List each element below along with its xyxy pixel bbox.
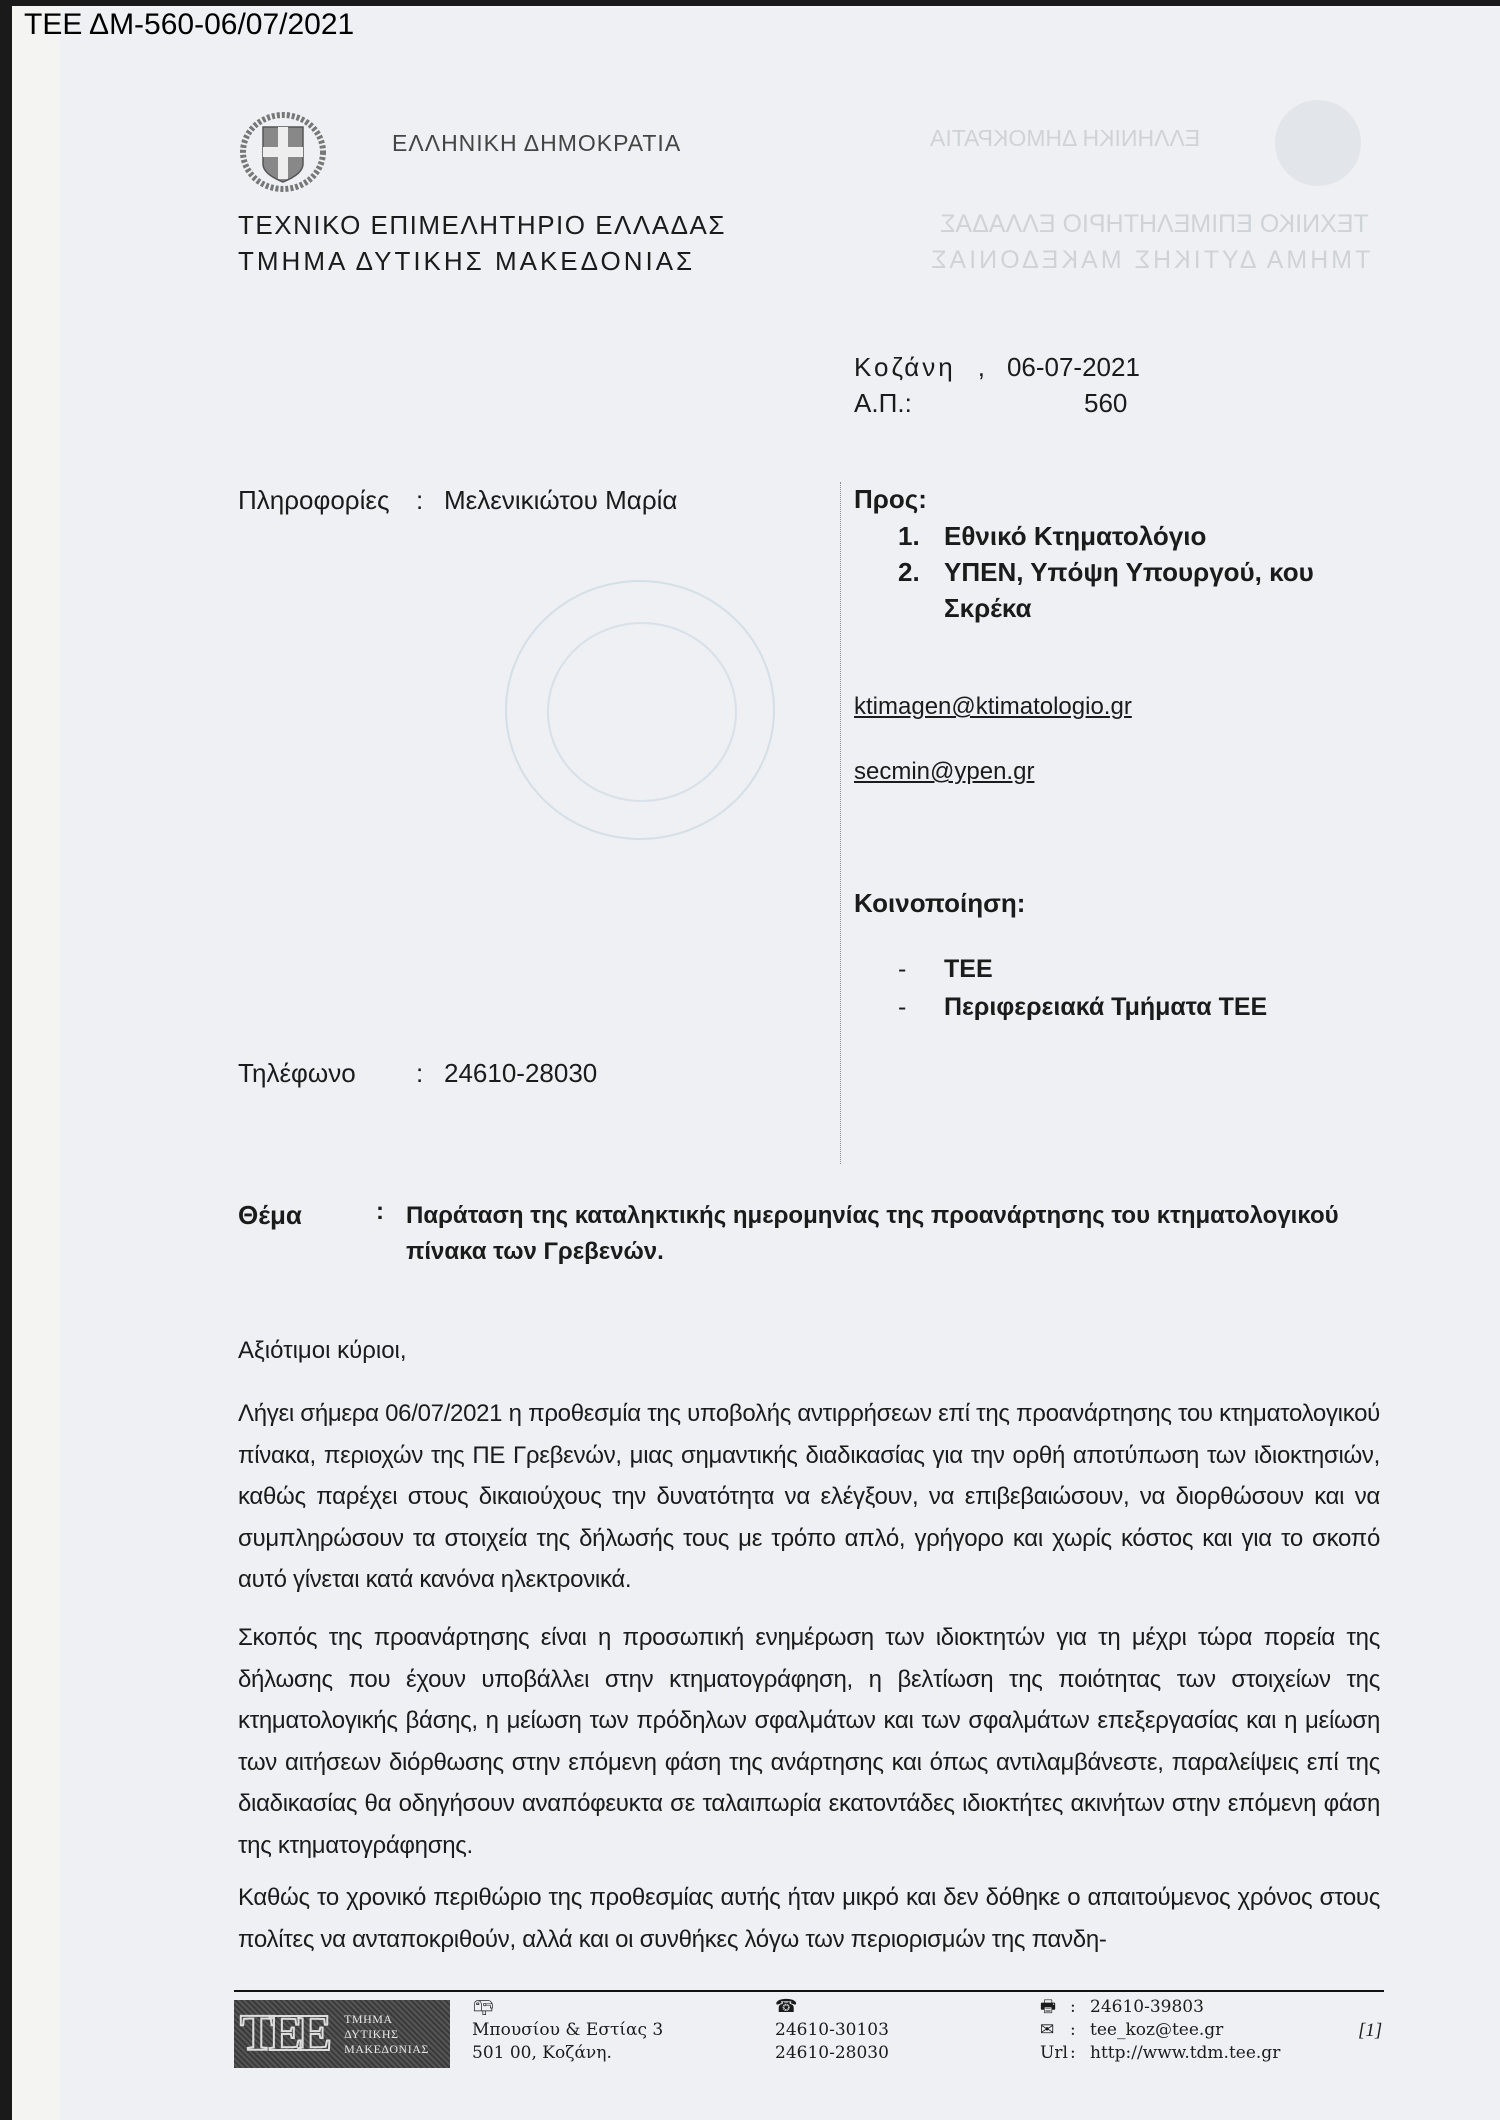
tee-logo-line: ΔΥΤΙΚΗΣ [344,2027,429,2042]
cc-title: Κοινοποίηση: [854,888,1025,919]
cc-name: ΤΕΕ [944,950,993,988]
header-republic: ΕΛΛΗΝΙΚΗ ΔΗΜΟΚΡΑΤΙΑ [392,130,681,157]
tee-logo-mark: ΤΕΕ [240,2008,326,2060]
email-row: ✉︎ : tee_koz@tee.gr [1040,2019,1280,2042]
separator: : [1070,2019,1090,2042]
tee-logo-line: ΜΑΚΕΔΟΝΙΑΣ [344,2042,429,2057]
recipient-email-link[interactable]: secmin@ypen.gr [854,758,1034,786]
address-line: Μπουσίου & Εστίας 3 [472,2019,663,2042]
recipient-number: 2. [898,554,944,626]
url-row: Url : http://www.tdm.tee.gr [1040,2042,1280,2065]
phone-value: 24610-28030 [444,1058,597,1088]
protocol-number: 560 [1084,388,1127,419]
separator: : [1070,2042,1090,2065]
document-reference: ΤΕΕ ΔΜ-560-06/07/2021 [24,8,354,42]
info-value: Μελενικιώτου Μαρία [444,485,677,515]
info-label: Πληροφορίες [238,485,416,516]
footer-phones: ☎ 24610-30103 24610-28030 [775,1996,889,2065]
footer-email-link[interactable]: tee_koz@tee.gr [1090,2019,1223,2042]
subject-label: Θέμα [238,1200,302,1231]
place-comma: , [978,352,985,382]
cc-dash: - [898,988,944,1026]
recipients-list: 1. Εθνικό Κτηματολόγιο 2. ΥΠΕΝ, Υπόψη Υπ… [898,518,1368,626]
header-department: ΤΜΗΜΑ ΔΥΤΙΚΗΣ ΜΑΚΕΔΟΝΙΑΣ [238,246,695,277]
ghost-republic: ΕΛΛΗΝΙΚΗ ΔΗΜΟΚΡΑΤΙΑ [930,125,1200,152]
envelope-icon: ✉︎ [1040,2019,1070,2042]
phone-colon: : [416,1058,444,1089]
header-organization: ΤΕΧΝΙΚΟ ΕΠΙΜΕΛΗΤΗΡΙΟ ΕΛΛΑΔΑΣ [238,210,726,241]
fax-number: 24610-39803 [1090,1996,1204,2019]
cc-item: - Περιφερειακά Τμήματα ΤΕΕ [898,988,1267,1026]
place: Κοζάνη [854,352,956,382]
mailbox-icon: 📪︎ [472,1998,495,2016]
protocol-number-row: Α.Π.: 560 [854,388,912,419]
recipient-item: 2. ΥΠΕΝ, Υπόψη Υπουργού, κου Σκρέκα [898,554,1368,626]
cc-list: - ΤΕΕ - Περιφερειακά Τμήματα ΤΕΕ [898,950,1267,1026]
footer-address: 📪︎ Μπουσίου & Εστίας 3 501 00, Κοζάνη. [472,1996,663,2065]
ghost-org-line2: ΤΜΗΜΑ ΔΥΤΙΚΗΣ ΜΑΚΕΔΟΝΙΑΣ [928,246,1370,275]
body-paragraph: Σκοπός της προανάρτησης είναι η προσωπικ… [238,1617,1380,1866]
protocol-label: Α.Π.: [854,388,912,418]
cc-name: Περιφερειακά Τμήματα ΤΕΕ [944,988,1267,1026]
subject-colon: : [376,1198,384,1226]
phone-contact-row: Τηλέφωνο:24610-28030 [238,1058,597,1089]
place-date: Κοζάνη,06-07-2021 [854,352,1140,383]
recipient-name: Εθνικό Κτηματολόγιο [944,518,1206,554]
fax-icon: 🖶︎ [1040,1996,1070,2019]
phone-label: Τηλέφωνο [238,1058,416,1089]
vertical-divider [840,482,841,1164]
separator: : [1070,1996,1090,2019]
recipient-email-link[interactable]: ktimagen@ktimatologio.gr [854,693,1132,721]
recipient-item: 1. Εθνικό Κτηματολόγιο [898,518,1368,554]
recipients-title: Προς: [854,484,927,515]
recipient-number: 1. [898,518,944,554]
greek-coat-of-arms-icon [238,112,328,192]
phone-number: 24610-30103 [775,2019,889,2042]
cc-item: - ΤΕΕ [898,950,1267,988]
telephone-icon: ☎ [775,1998,797,2016]
date: 06-07-2021 [1007,352,1140,382]
phone-number: 24610-28030 [775,2042,889,2065]
cc-dash: - [898,950,944,988]
footer-contact: 🖶︎ : 24610-39803 ✉︎ : tee_koz@tee.gr Url… [1040,1996,1280,2065]
recipient-name: ΥΠΕΝ, Υπόψη Υπουργού, κου Σκρέκα [944,554,1368,626]
footer-url-link[interactable]: http://www.tdm.tee.gr [1090,2042,1280,2065]
fax-row: 🖶︎ : 24610-39803 [1040,1996,1280,2019]
faded-stamp-icon [505,580,775,840]
body-paragraph: Λήγει σήμερα 06/07/2021 η προθεσμία της … [238,1393,1380,1601]
url-label: Url [1040,2042,1070,2065]
ghost-org-line1: ΤΕΧΝΙΚΟ ΕΠΙΜΕΛΗΤΗΡΙΟ ΕΛΛΑΔΑΣ [940,210,1369,239]
address-line: 501 00, Κοζάνη. [472,2042,663,2065]
info-colon: : [416,485,444,516]
tee-logo-line: ΤΜΗΜΑ [344,2012,429,2027]
tee-logo-text: ΤΜΗΜΑ ΔΥΤΙΚΗΣ ΜΑΚΕΔΟΝΙΑΣ [344,2012,429,2057]
tee-logo: ΤΕΕ ΤΜΗΜΑ ΔΥΤΙΚΗΣ ΜΑΚΕΔΟΝΙΑΣ [234,2000,450,2068]
info-contact-row: Πληροφορίες:Μελενικιώτου Μαρία [238,485,677,516]
page-number: [1] [1358,2020,1382,2042]
footer-rule [234,1990,1384,1992]
salutation: Αξιότιμοι κύριοι, [238,1337,407,1365]
body-paragraph: Καθώς το χρονικό περιθώριο της προθεσμία… [238,1877,1380,1960]
subject-text: Παράταση της καταληκτικής ημερομηνίας τη… [406,1198,1406,1270]
ghost-emblem-icon [1275,100,1361,186]
